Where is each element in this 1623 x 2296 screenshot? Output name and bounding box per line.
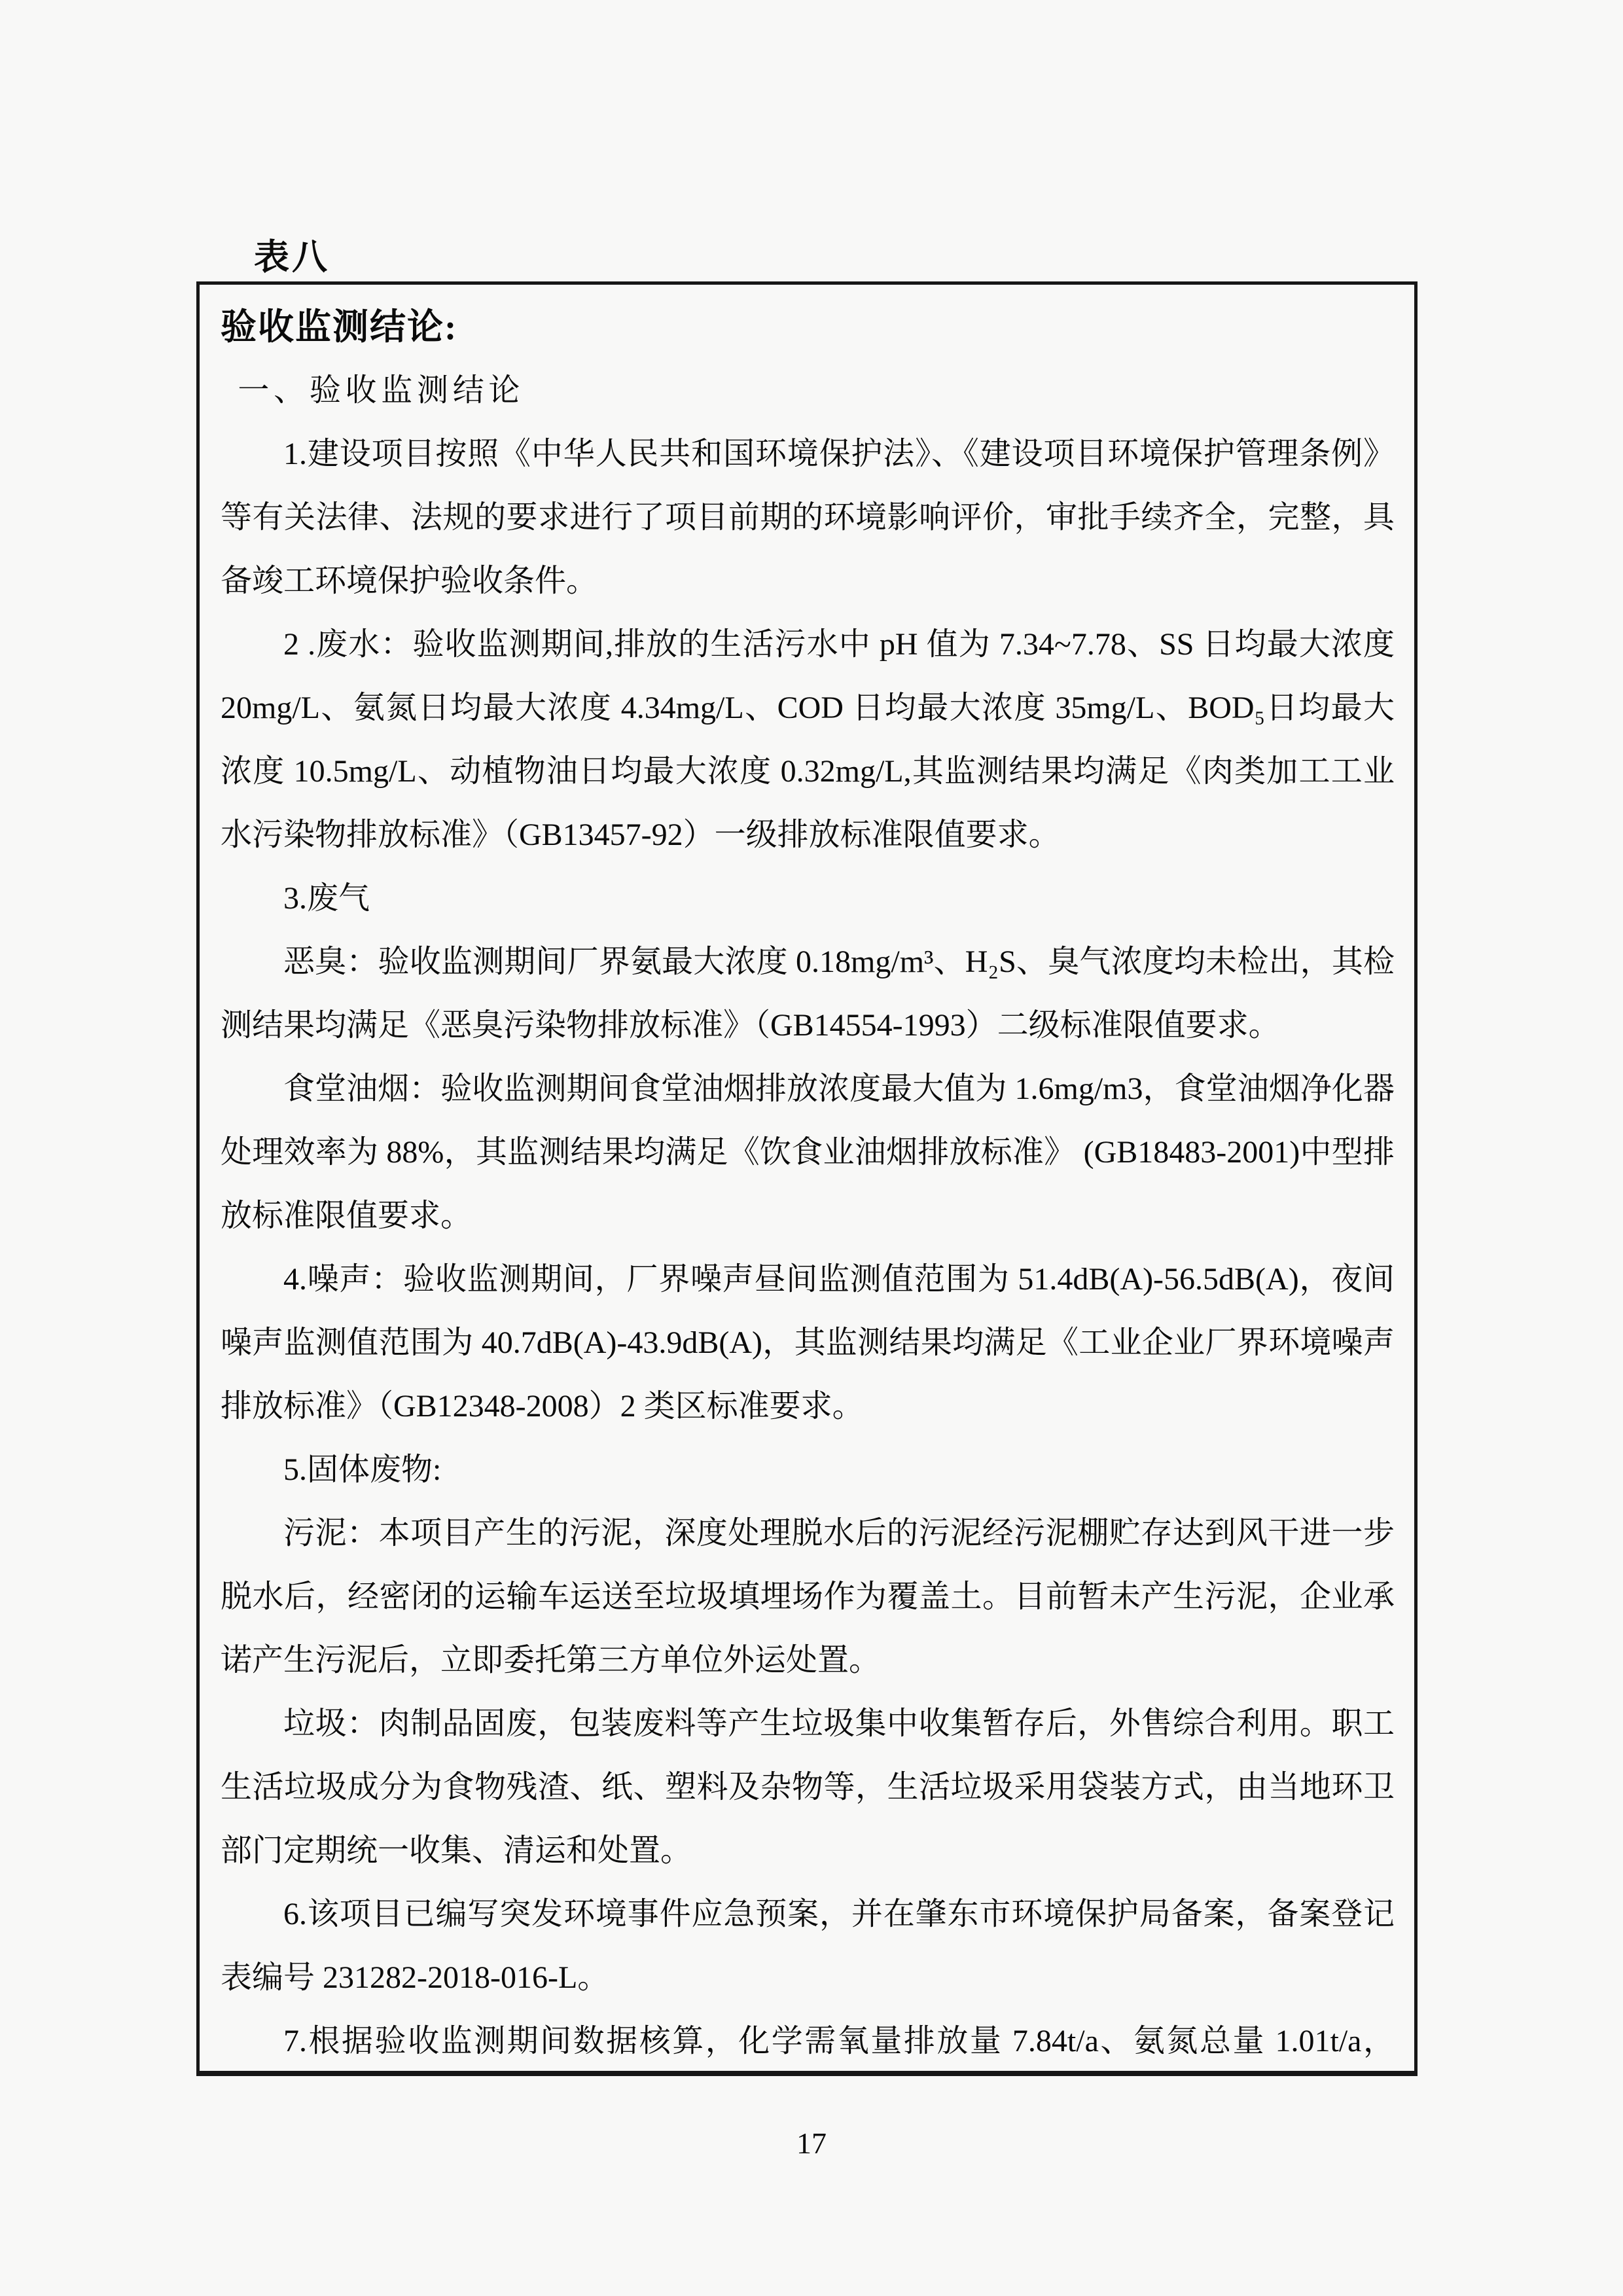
box-heading: 验收监测结论: bbox=[221, 295, 1395, 359]
document-page: 表八 验收监测结论: 一、验收监测结论 1.建设项目按照《中华人民共和国环境保护… bbox=[0, 0, 1623, 2296]
paragraph-solid-waste-heading: 5.固体废物: bbox=[221, 1438, 1395, 1501]
table-caption: 表八 bbox=[254, 240, 330, 275]
paragraph-kitchen-fume: 食堂油烟：验收监测期间食堂油烟排放浓度最大值为 1.6mg/m3，食堂油烟净化器… bbox=[221, 1057, 1395, 1247]
section-title: 一、验收监测结论 bbox=[221, 359, 1395, 422]
paragraph-total-emission: 7.根据验收监测期间数据核算，化学需氧量排放量 7.84t/a、氨氮总量 1.0… bbox=[221, 2009, 1395, 2076]
paragraph-garbage: 垃圾：肉制品固废，包装废料等产生垃圾集中收集暂存后，外售综合利用。职工生活垃圾成… bbox=[221, 1692, 1395, 1882]
paragraph-legal-basis: 1.建设项目按照《中华人民共和国环境保护法》、《建设项目环境保护管理条例》等有关… bbox=[221, 422, 1395, 613]
paragraph-sludge: 污泥：本项目产生的污泥，深度处理脱水后的污泥经污泥棚贮存达到风干进一步脱水后，经… bbox=[221, 1501, 1395, 1692]
conclusion-table-cell: 验收监测结论: 一、验收监测结论 1.建设项目按照《中华人民共和国环境保护法》、… bbox=[196, 281, 1418, 2076]
paragraph-exhaust-heading: 3.废气 bbox=[221, 867, 1395, 930]
paragraph-wastewater: 2 .废水：验收监测期间,排放的生活污水中 pH 值为 7.34~7.78、SS… bbox=[221, 613, 1395, 867]
paragraph-noise: 4.噪声：验收监测期间，厂界噪声昼间监测值范围为 51.4dB(A)-56.5d… bbox=[221, 1247, 1395, 1438]
page-number: 17 bbox=[0, 2128, 1623, 2159]
paragraph-odor: 恶臭：验收监测期间厂界氨最大浓度 0.18mg/m³、H₂S、臭气浓度均未检出，… bbox=[221, 930, 1395, 1057]
paragraph-emergency-plan: 6.该项目已编写突发环境事件应急预案，并在肇东市环境保护局备案，备案登记表编号 … bbox=[221, 1882, 1395, 2009]
